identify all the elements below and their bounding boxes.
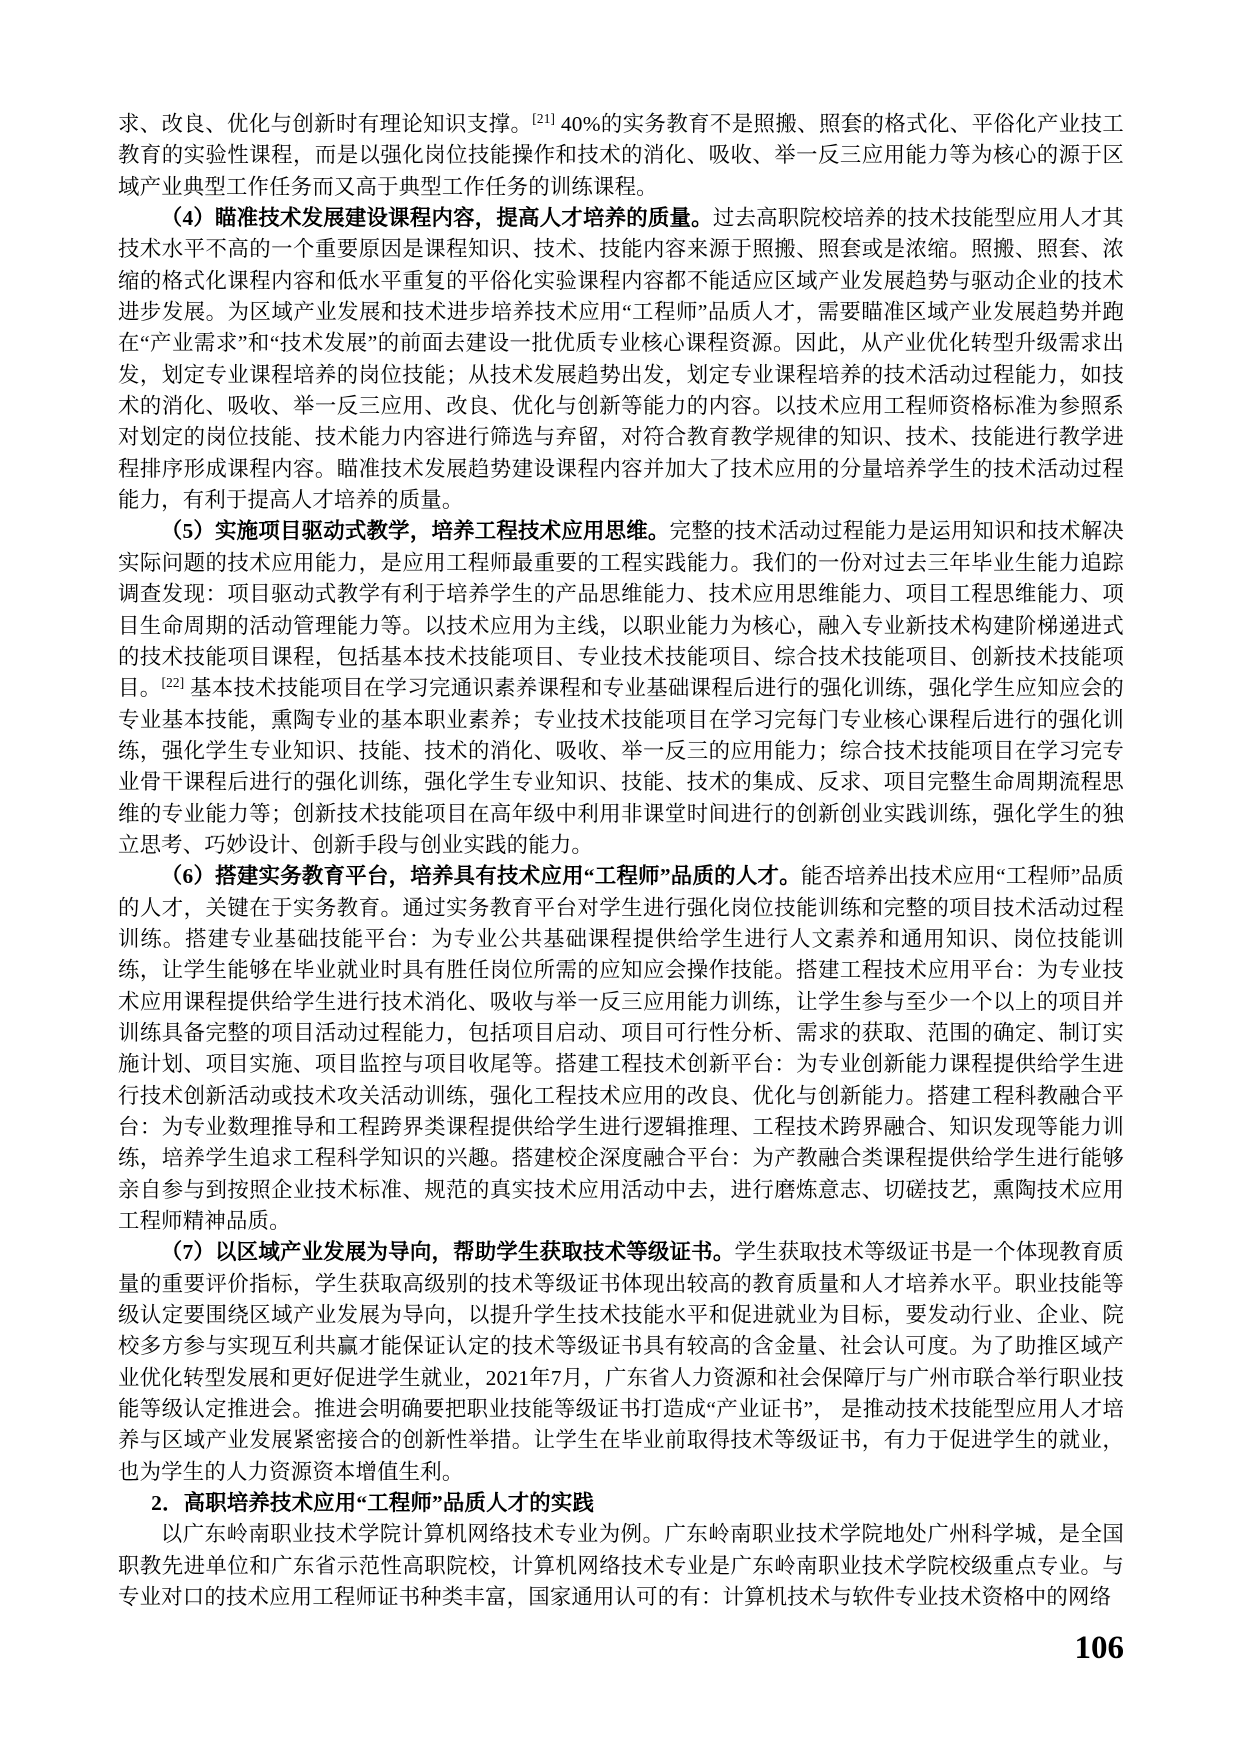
paragraph-point-5: （5）实施项目驱动式教学，培养工程技术应用思维。完整的技术活动过程能力是运用知识…	[118, 516, 1124, 861]
article-body: 求、改良、优化与创新时有理论知识支撑。[21] 40%的实务教育不是照搬、照套的…	[118, 109, 1124, 1614]
body-text: 能否培养出技术应用“工程师”品质的人才，关键在于实务教育。通过实务教育平台对学生…	[118, 864, 1124, 1233]
paragraph-continuation: 求、改良、优化与创新时有理论知识支撑。[21] 40%的实务教育不是照搬、照套的…	[118, 109, 1124, 203]
citation-ref-21: [21]	[532, 111, 555, 126]
body-text: 学生获取技术等级证书是一个体现教育质量的重要评价指标，学生获取高级别的技术等级证…	[118, 1240, 1124, 1483]
paragraph-point-7: （7）以区域产业发展为导向，帮助学生获取技术等级证书。学生获取技术等级证书是一个…	[118, 1237, 1124, 1488]
citation-ref-22: [22]	[161, 675, 184, 690]
section-heading-text: 2．高职培养技术应用“工程师”品质人才的实践	[151, 1491, 594, 1515]
document-page: 求、改良、优化与创新时有理论知识支撑。[21] 40%的实务教育不是照搬、照套的…	[0, 0, 1240, 1753]
paragraph-point-6: （6）搭建实务教育平台，培养具有技术应用“工程师”品质的人才。能否培养出技术应用…	[118, 861, 1124, 1237]
paragraph-example: 以广东岭南职业技术学院计算机网络技术专业为例。广东岭南职业技术学院地处广州科学城…	[118, 1519, 1124, 1613]
page-footer: 106	[118, 1630, 1124, 1667]
body-text: 完整的技术活动过程能力是运用知识和技术解决实际问题的技术应用能力，是应用工程师最…	[118, 519, 1124, 700]
body-text: 过去高职院校培养的技术技能型应用人才其技术水平不高的一个重要原因是课程知识、技术…	[118, 206, 1124, 512]
point-4-bold-lead: （4）瞄准技术发展建设课程内容，提高人才培养的质量。	[161, 206, 713, 230]
paragraph-point-4: （4）瞄准技术发展建设课程内容，提高人才培养的质量。过去高职院校培养的技术技能型…	[118, 203, 1124, 516]
section-heading-2: 2．高职培养技术应用“工程师”品质人才的实践	[118, 1488, 1124, 1519]
body-text: 求、改良、优化与创新时有理论知识支撑。	[118, 112, 532, 136]
point-5-bold-lead: （5）实施项目驱动式教学，培养工程技术应用思维。	[161, 519, 670, 543]
point-6-bold-lead: （6）搭建实务教育平台，培养具有技术应用“工程师”品质的人才。	[161, 864, 801, 888]
body-text: 以广东岭南职业技术学院计算机网络技术专业为例。广东岭南职业技术学院地处广州科学城…	[118, 1522, 1124, 1609]
body-text: 基本技术技能项目在学习完通识素养课程和专业基础课程后进行的强化训练，强化学生应知…	[118, 676, 1124, 857]
point-7-bold-lead: （7）以区域产业发展为导向，帮助学生获取技术等级证书。	[161, 1240, 735, 1264]
page-number: 106	[1075, 1630, 1125, 1666]
